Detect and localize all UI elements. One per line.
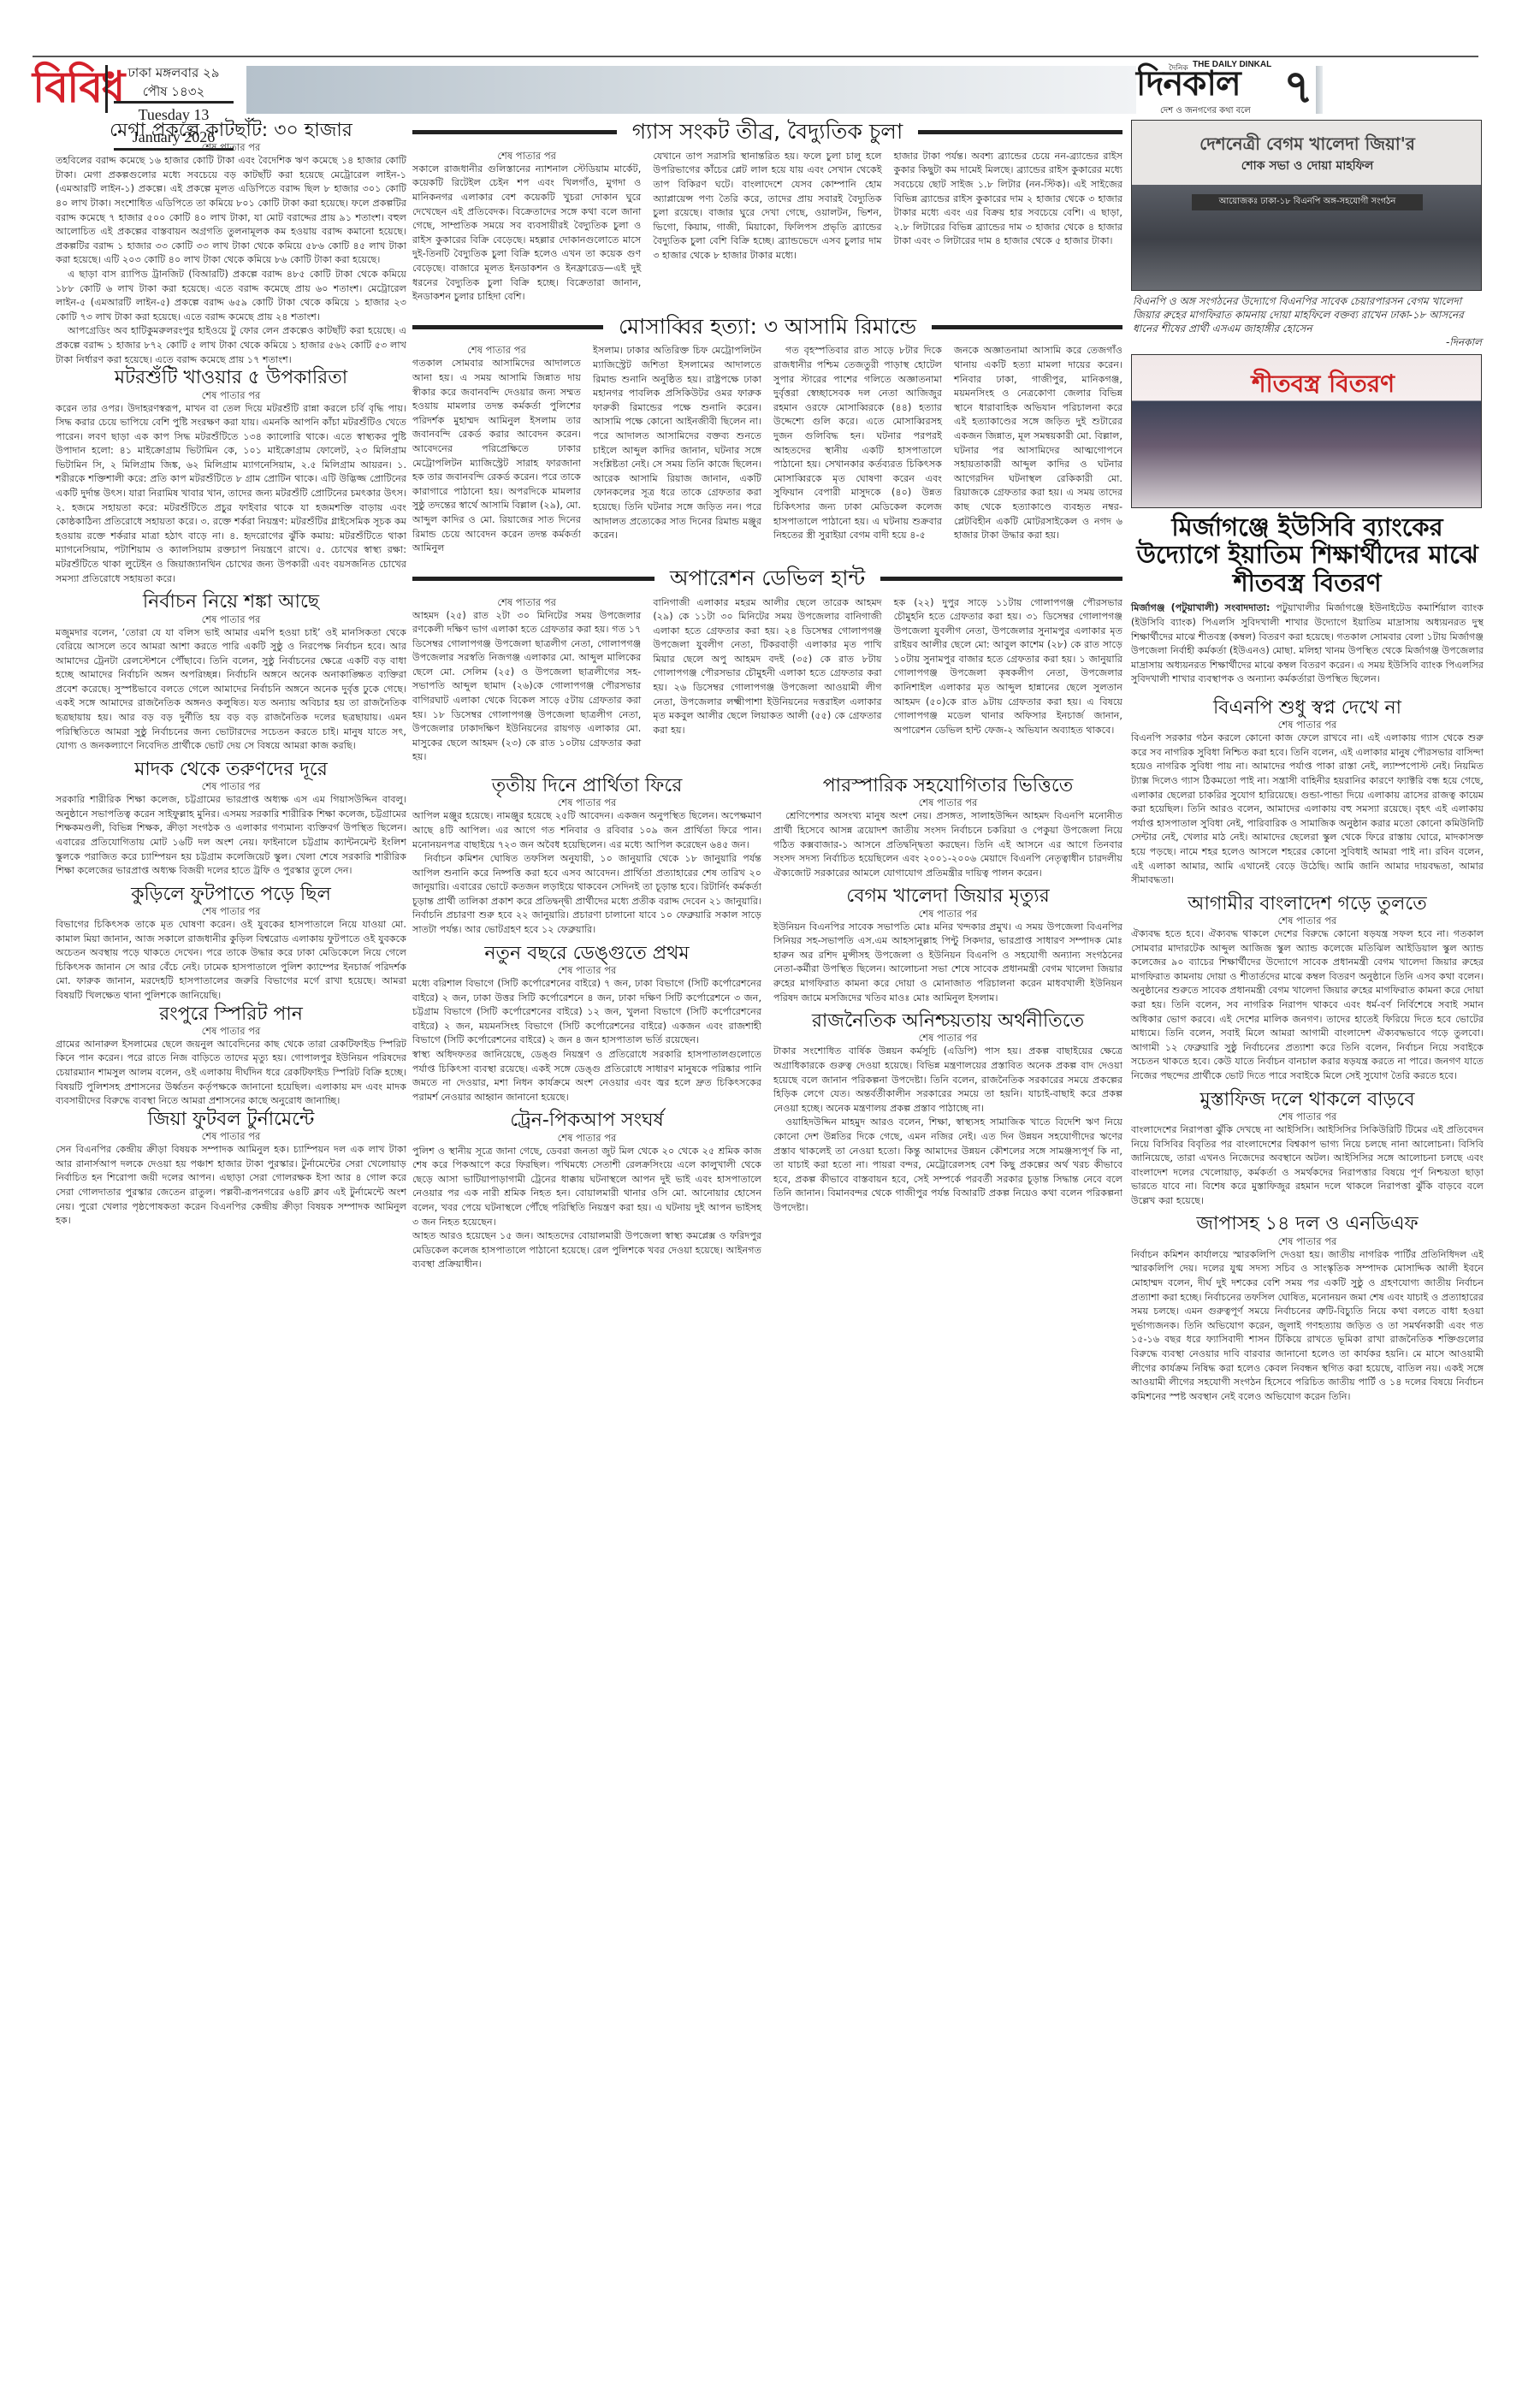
logo-main-name: দিনকাল (1136, 63, 1241, 104)
article-headline[interactable]: জিয়া ফুটবল টুর্নামেন্টে (56, 1109, 406, 1130)
continued-label: শেষ পাতার পর (773, 796, 1122, 809)
article-headline[interactable]: ট্রেন-পিকআপ সংঘর্ষ (412, 1110, 761, 1131)
photo-image[interactable]: দেশনেত্রী বেগম খালেদা জিয়া'র শোক সভা ও … (1131, 120, 1482, 291)
photo-memorial-meeting: দেশনেত্রী বেগম খালেদা জিয়া'র শোক সভা ও … (1131, 120, 1484, 354)
article-headline[interactable]: তৃতীয় দিনে প্রার্থিতা ফিরে (412, 775, 761, 796)
article-paragraph: বিভাগের চিকিৎসক তাকে মৃত ঘোষণা করেন। ওই … (56, 918, 406, 1004)
article-paragraph: আপগ্রেডিং অব হাটিকুমরুলরংপুর হাইওয়ে টু … (56, 324, 406, 367)
article-future-bangladesh: আগামীর বাংলাদেশ গড়ে তুলতে শেষ পাতার পর … (1131, 893, 1484, 1084)
headline-rule-left (412, 577, 654, 581)
photo-caption: বিএনপি ও অঙ্গ সংগঠনের উদ্যোগে বিএনপির সা… (1131, 291, 1484, 354)
headline-rule-left (412, 325, 603, 329)
continued-label: শেষ পাতার পর (412, 596, 641, 609)
article-political-uncertainty-economy: রাজনৈতিক অনিশ্চয়তায় অর্থনীতিতে শেষ পাত… (773, 1010, 1122, 1215)
article-paragraph: ঐক্যবদ্ধ হতে হবে। ঐক্যবদ্ধ থাকলে দেশের ব… (1131, 927, 1484, 1084)
article-column-text: গতকাল সোমবার আসামিদের আদালতে আনা হয়। এ … (412, 357, 581, 555)
continued-label: শেষ পাতার পর (412, 796, 761, 809)
continued-label: শেষ পাতার পর (56, 1025, 406, 1038)
article-headline[interactable]: পারস্পারিক সহযোগিতার ভিত্তিতে (773, 775, 1122, 796)
article-train-pickup-collision: ট্রেন-পিকআপ সংঘর্ষ শেষ পাতার পর পুলিশ ও … (412, 1110, 761, 1272)
continued-label: শেষ পাতার পর (56, 613, 406, 626)
continued-label: শেষ পাতার পর (56, 1130, 406, 1143)
article-third-day-candidacy: তৃতীয় দিনে প্রার্থিতা ফিরে শেষ পাতার পর… (412, 775, 761, 938)
article-paragraph: পুলিশ ও স্থানীয় সূত্রে জানা গেছে, ডেবরা… (412, 1145, 761, 1230)
masthead: বিবিধ ঢাকা মঙ্গলবার ২৯ পৌষ ১৪৩২ Tuesday … (33, 60, 1478, 120)
article-headline[interactable]: বিএনপি শুধু স্বপ্ন দেখে না (1131, 697, 1484, 719)
logo-tagline: দেশ ও জনগণের কথা বলে (1160, 104, 1251, 119)
continued-label: শেষ পাতার পর (56, 141, 406, 154)
article-kuril-footpath: কুড়িলে ফুটপাতে পড়ে ছিল শেষ পাতার পর বি… (56, 884, 406, 1004)
article-column-text: আহমদ (২৫) রাত ২টা ৩০ মিনিটের সময় উপজেলা… (412, 609, 641, 766)
page-top-rule (33, 56, 1478, 57)
newspaper-logo[interactable]: দৈনিক THE DAILY DINKAL দিনকাল দেশ ও জনগণ… (1136, 60, 1273, 120)
article-headline[interactable]: মটরশুঁটি খাওয়ার ৫ উপকারিতা (56, 367, 406, 388)
header-gradient-bar (246, 66, 1136, 114)
article-headline[interactable]: মেগা প্রকল্পে কাটছাঁট: ৩০ হাজার (56, 120, 406, 141)
continued-label: শেষ পাতার পর (1131, 915, 1484, 927)
date-bengali: ঢাকা মঙ্গলবার ২৯ পৌষ ১৪৩২ (114, 63, 234, 104)
article-headline[interactable]: অপারেশন ডেভিল হান্ট (670, 566, 865, 591)
article-paragraph: বাংলাদেশের নিরাপত্তা ঝুঁকি দেখছে না আইসি… (1131, 1123, 1484, 1209)
headline-rule-right (932, 325, 1122, 329)
article-headline[interactable]: আগামীর বাংলাদেশ গড়ে তুলতে (1131, 893, 1484, 915)
continued-label: শেষ পাতার পর (1131, 1235, 1484, 1248)
article-paragraph: করেন তার ওপর। উদাহরণস্বরূপ, মাখন বা তেল … (56, 402, 406, 587)
article-headline[interactable]: নির্বাচন নিয়ে শঙ্কা আছে (56, 591, 406, 613)
article-headline[interactable]: মুস্তাফিজ দলে থাকলে বাড়বে (1131, 1089, 1484, 1110)
article-new-year-dengue: নতুন বছরে ডেঙ্গুতে প্রথম শেষ পাতার পর মধ… (412, 943, 761, 1105)
article-mutual-cooperation: পারস্পারিক সহযোগিতার ভিত্তিতে শেষ পাতার … (773, 775, 1122, 880)
continued-label: শেষ পাতার পর (56, 905, 406, 918)
article-column-text: যেখানে তাপ সরাসরি স্থানান্তরিত হয়। ফলে … (653, 150, 881, 263)
article-paragraph: গ্রামের আনারুল ইসলামের ছেলে জয়নুল আবেদি… (56, 1038, 406, 1109)
photo-credit: -দিনকাল (1133, 335, 1482, 349)
middle-column: গ্যাস সংকট তীব্র, বৈদ্যুতিক চুলা শেষ পাত… (412, 120, 1122, 1272)
article-column-text: গত বৃহস্পতিবার রাত সাড়ে ৮টার দিকে রাজধা… (773, 344, 942, 542)
page-number: ৭ (1283, 62, 1313, 113)
photo-image[interactable]: শীতবস্ত্র বিতরণ (1131, 354, 1482, 508)
article-paragraph: নির্বাচন কমিশন ঘোষিত তফসিল অনুযায়ী, ১০ … (412, 852, 761, 938)
article-paragraph: মজুমদার বলেন, ‘তোরা যে যা বলিস ভাই আমার … (56, 626, 406, 754)
article-paragraph: বিএনপি সরকার গঠন করলে কোনো কাজ ফেলে রাখব… (1131, 731, 1484, 888)
middle-two-column-section: তৃতীয় দিনে প্রার্থিতা ফিরে শেষ পাতার পর… (412, 775, 1122, 1272)
article-gas-crisis: গ্যাস সংকট তীব্র, বৈদ্যুতিক চুলা শেষ পাত… (412, 120, 1122, 305)
article-paragraph: ওয়াহিদউদ্দিন মাহমুদ আরও বলেন, শিক্ষা, স… (773, 1116, 1122, 1215)
headline-rule-left (412, 130, 617, 134)
article-paragraph: আপিল মঞ্জুর হয়েছে। নামঞ্জুর হয়েছে ২৫টি… (412, 809, 761, 852)
article-khaleda-zia-death: বেগম খালেদা জিয়ার মৃত্যুর শেষ পাতার পর … (773, 885, 1122, 1005)
article-paragraph: শ্রেণিপেশার অসংখ্য মানুষ অংশ নেয়। প্রসঙ… (773, 809, 1122, 880)
article-paragraph: এ ছাড়া বাস র‌্যাপিড ট্রানজিট (বিআরটি) প… (56, 268, 406, 324)
article-headline[interactable]: জাপাসহ ১৪ দল ও এনডিএফ (1131, 1213, 1484, 1234)
article-headline[interactable]: মাদক থেকে তরুণদের দূরে (56, 759, 406, 780)
continued-label: শেষ পাতার পর (412, 964, 761, 977)
article-headline[interactable]: মির্জাগঞ্জে ইউসিবি ব্যাংকের উদ্যোগে ইয়া… (1131, 513, 1484, 596)
right-column: দেশনেত্রী বেগম খালেদা জিয়া'র শোক সভা ও … (1131, 120, 1484, 1404)
continued-label: শেষ পাতার পর (412, 1132, 761, 1145)
photo-banner: শীতবস্ত্র বিতরণ (1252, 365, 1395, 406)
photo-winter-clothes: শীতবস্ত্র বিতরণ (1131, 354, 1484, 508)
headline-rule-right (918, 130, 1122, 134)
continued-label: শেষ পাতার পর (412, 344, 581, 357)
article-headline[interactable]: রাজনৈতিক অনিশ্চয়তায় অর্থনীতিতে (773, 1010, 1122, 1032)
article-paragraph: আহত আরও হয়েছেন ১৫ জন। আহতদের বোয়ালমারী… (412, 1229, 761, 1272)
article-ucb-winter-clothes: মির্জাগঞ্জে ইউসিবি ব্যাংকের উদ্যোগে ইয়া… (1131, 513, 1484, 687)
article-paragraph: সেন বিএনপির কেন্দ্রীয় ক্রীড়া বিষয়ক সম… (56, 1143, 406, 1229)
article-headline[interactable]: মোসাব্বির হত্যা: ৩ আসামি রিমান্ডে (619, 315, 916, 340)
left-column: মেগা প্রকল্পে কাটছাঁট: ৩০ হাজার শেষ পাতা… (56, 120, 406, 1229)
article-headline[interactable]: বেগম খালেদা জিয়ার মৃত্যুর (773, 885, 1122, 907)
section-divider (105, 65, 108, 113)
article-column-text: হাজার টাকা পর্যন্ত। অবশ্য ব্র্যান্ডের চে… (894, 150, 1122, 249)
article-headline[interactable]: রংপুরে স্পিরিট পান (56, 1004, 406, 1025)
article-japa-14-party: জাপাসহ ১৪ দল ও এনডিএফ শেষ পাতার পর নির্ব… (1131, 1213, 1484, 1404)
article-zia-football: জিয়া ফুটবল টুর্নামেন্টে শেষ পাতার পর সে… (56, 1109, 406, 1229)
continued-label: শেষ পাতার পর (56, 780, 406, 793)
article-dateline: মির্জাগঞ্জ (পটুয়াখালী) সংবাদদাতা: (1131, 602, 1270, 613)
article-column-text: ইসলাম। ঢাকার অতিরিক্ত চিফ মেট্রোপলিটন ম্… (593, 344, 761, 542)
photo-banner-sub: আয়োজকঃ ঢাকা-১৮ বিএনপি অঙ্গ-সহযোগী সংগঠন (1192, 194, 1423, 210)
article-headline[interactable]: গ্যাস সংকট তীব্র, বৈদ্যুতিক চুলা (632, 120, 903, 145)
article-paragraph: তহবিলের বরাদ্দ কমেছে ১৬ হাজার কোটি টাকা … (56, 154, 406, 268)
article-column-text: হক (২২) দুপুর সাড়ে ১১টায় গোলাপগঞ্জ পৌর… (894, 596, 1122, 738)
article-paragraph: স্বাস্থ্য অধিদফতর জানিয়েছে, ডেঙ্গু নিয়… (412, 1048, 761, 1104)
continued-label: শেষ পাতার পর (56, 389, 406, 402)
article-paragraph: ইউনিয়ন বিএনপির সাবেক সভাপতি মোঃ মনির খন… (773, 921, 1122, 1006)
article-paragraph: নির্বাচন কমিশন কার্যালয়ে স্মারকলিপি দেও… (1131, 1248, 1484, 1405)
article-paragraph: টাকার সংশোধিত বার্ষিক উন্নয়ন কর্মসূচি (… (773, 1045, 1122, 1116)
article-paragraph: সরকারি শারীরিক শিক্ষা কলেজ, চট্টগ্রামের … (56, 793, 406, 879)
article-headline[interactable]: কুড়িলে ফুটপাতে পড়ে ছিল (56, 884, 406, 905)
article-column-text: জনকে অজ্ঞাতনামা আসামি করে তেজগাঁও থানায়… (954, 344, 1122, 542)
article-mustafiz: মুস্তাফিজ দলে থাকলে বাড়বে শেষ পাতার পর … (1131, 1089, 1484, 1209)
article-headline[interactable]: নতুন বছরে ডেঙ্গুতে প্রথম (412, 943, 761, 964)
article-operation-devil-hunt: অপারেশন ডেভিল হান্ট শেষ পাতার পর আহমদ (২… (412, 566, 1122, 765)
article-rangpur-spirit: রংপুরে স্পিরিট পান শেষ পাতার পর গ্রামের … (56, 1004, 406, 1109)
section-title: বিবিধ (33, 60, 123, 115)
headline-rule-right (880, 577, 1122, 581)
article-paragraph: পটুয়াখালীর মির্জাগঞ্জে ইউনাইটেড কমার্শি… (1131, 602, 1484, 684)
article-column-text: সকালে রাজধানীর গুলিস্তানের ন্যাশনাল স্টে… (412, 163, 641, 305)
continued-label: শেষ পাতার পর (773, 1032, 1122, 1045)
continued-label: শেষ পাতার পর (412, 150, 641, 163)
continued-label: শেষ পাতার পর (773, 908, 1122, 921)
article-peas-benefits: মটরশুঁটি খাওয়ার ৫ উপকারিতা শেষ পাতার পর… (56, 367, 406, 586)
continued-label: শেষ পাতার পর (1131, 719, 1484, 731)
article-bnp-dream: বিএনপি শুধু স্বপ্ন দেখে না শেষ পাতার পর … (1131, 697, 1484, 888)
article-column-text: বানিগাজী এলাকার মহরম আলীর ছেলে তারেক আহম… (653, 596, 881, 738)
article-mega-project: মেগা প্রকল্পে কাটছাঁট: ৩০ হাজার শেষ পাতা… (56, 120, 406, 367)
article-drug-youth: মাদক থেকে তরুণদের দূরে শেষ পাতার পর সরকা… (56, 759, 406, 879)
article-paragraph: মধ্যে বরিশাল বিভাগে (সিটি কর্পোরেশনের বা… (412, 977, 761, 1048)
article-election-concern: নির্বাচন নিয়ে শঙ্কা আছে শেষ পাতার পর মজ… (56, 591, 406, 754)
page-number-bar (1316, 66, 1323, 114)
continued-label: শেষ পাতার পর (1131, 1110, 1484, 1123)
article-mosabbir-murder: মোসাব্বির হত্যা: ৩ আসামি রিমান্ডে শেষ পা… (412, 315, 1122, 556)
photo-banner: দেশনেত্রী বেগম খালেদা জিয়া'র শোক সভা ও … (1183, 133, 1431, 177)
